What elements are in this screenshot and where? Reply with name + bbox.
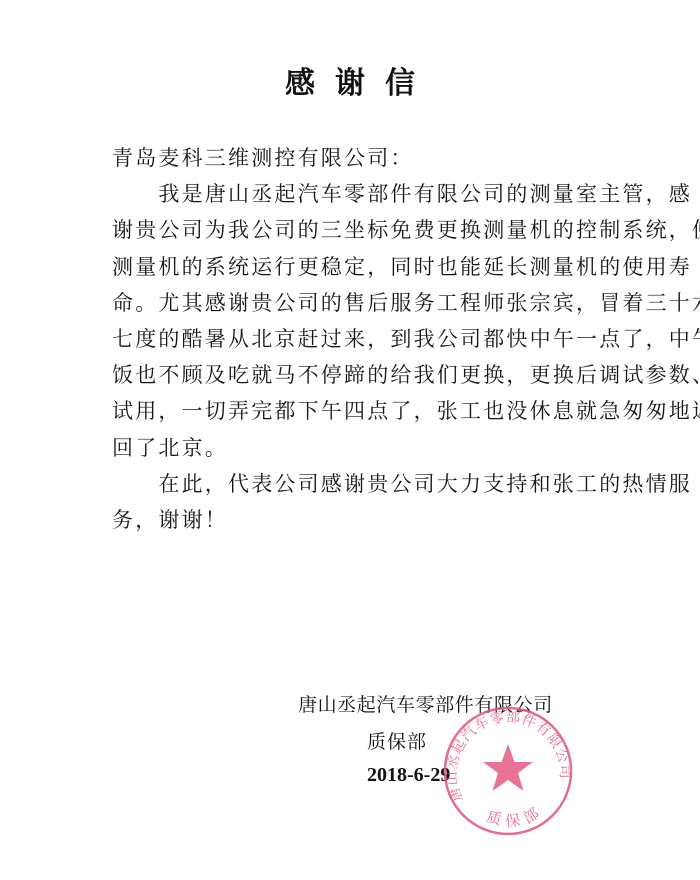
letter-title: 感谢信	[0, 58, 700, 102]
star-icon	[483, 744, 533, 791]
salutation: 青岛麦科三维测控有限公司：	[112, 140, 582, 176]
body-line: 七度的酷暑从北京赶过来，到我公司都快中午一点了，中午	[112, 321, 582, 357]
signature-department: 质保部	[367, 727, 427, 754]
body-line: 在此，代表公司感谢贵公司大力支持和张工的热情服	[112, 466, 582, 502]
signature-date: 2018-6-29	[367, 764, 450, 787]
body-line: 我是唐山丞起汽车零部件有限公司的测量室主管，感	[112, 176, 582, 212]
letter-body: 青岛麦科三维测控有限公司： 我是唐山丞起汽车零部件有限公司的测量室主管，感 谢贵…	[112, 140, 582, 538]
body-line: 务，谢谢！	[112, 502, 582, 538]
body-line: 回了北京。	[112, 430, 582, 466]
company-seal-stamp: 唐山丞起汽车零部件有限公司 质保部	[441, 704, 575, 838]
body-line: 饭也不顾及吃就马不停蹄的给我们更换，更换后调试参数、	[112, 357, 582, 393]
body-line: 试用，一切弄完都下午四点了，张工也没休息就急匆匆地返	[112, 393, 582, 429]
body-line: 命。尤其感谢贵公司的售后服务工程师张宗宾，冒着三十六	[112, 285, 582, 321]
body-line: 测量机的系统运行更稳定，同时也能延长测量机的使用寿	[112, 249, 582, 285]
body-line: 谢贵公司为我公司的三坐标免费更换测量机的控制系统，使	[112, 212, 582, 248]
